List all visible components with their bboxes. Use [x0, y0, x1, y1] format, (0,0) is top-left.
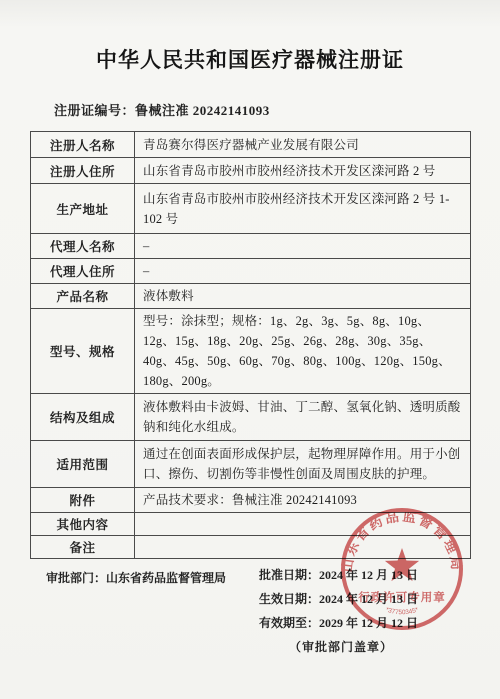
row-value: 山东省青岛市胶州市胶州经济技术开发区滦河路 2 号: [135, 158, 471, 184]
expiry-date-value: 2029 年 12 月 12 日: [319, 616, 418, 630]
expiry-date-line: 有效期至：2029 年 12 月 12 日: [259, 614, 471, 631]
effective-date-line: 生效日期：2024 年 12 月 13 日: [259, 590, 471, 607]
row-value: [135, 536, 471, 559]
certificate-page: 中华人民共和国医疗器械注册证 注册证编号：鲁械注准 20242141093 注册…: [0, 0, 500, 699]
row-value: 型号：涂抹型；规格：1g、2g、3g、5g、8g、10g、12g、15g、18g…: [135, 309, 471, 394]
certificate-table: 注册人名称 青岛赛尔得医疗器械产业发展有限公司 注册人住所 山东省青岛市胶州市胶…: [30, 131, 471, 559]
row-label: 其他内容: [31, 513, 135, 536]
row-label: 产品名称: [31, 284, 135, 309]
row-label: 附件: [31, 488, 135, 513]
approval-date-label: 批准日期：: [259, 568, 319, 582]
row-label: 生产地址: [31, 184, 135, 234]
effective-date-label: 生效日期：: [259, 592, 319, 606]
row-label: 适用范围: [31, 441, 135, 488]
expiry-date-label: 有效期至：: [259, 616, 319, 630]
approval-department-value: 山东省药品监督管理局: [106, 571, 226, 585]
row-value: 青岛赛尔得医疗器械产业发展有限公司: [135, 132, 471, 158]
table-row-scope-of-use: 适用范围 通过在创面表面形成保护层，起物理屏障作用。用于小创口、擦伤、切割伤等非…: [31, 441, 471, 488]
row-value: –: [135, 259, 471, 284]
registration-number-line: 注册证编号：鲁械注准 20242141093: [54, 100, 500, 119]
table-row-production-address: 生产地址 山东省青岛市胶州市胶州经济技术开发区滦河路 2 号 1-102 号: [31, 184, 471, 234]
row-value: [135, 513, 471, 536]
table-row-model-spec: 型号、规格 型号：涂抹型；规格：1g、2g、3g、5g、8g、10g、12g、1…: [31, 309, 471, 394]
table-row-product-name: 产品名称 液体敷料: [31, 284, 471, 309]
certificate-footer: 审批部门：山东省药品监督管理局 批准日期：2024 年 12 月 13 日 生效…: [30, 566, 471, 662]
effective-date-value: 2024 年 12 月 13 日: [319, 592, 418, 606]
row-label: 代理人名称: [31, 234, 135, 259]
certificate-title: 中华人民共和国医疗器械注册证: [0, 0, 500, 74]
seal-note: （审批部门盖章）: [259, 638, 471, 655]
row-value: –: [135, 234, 471, 259]
row-label: 型号、规格: [31, 309, 135, 394]
row-value: 产品技术要求：鲁械注准 20242141093: [135, 488, 471, 513]
table-row-agent-address: 代理人住所 –: [31, 259, 471, 284]
row-value: 通过在创面表面形成保护层，起物理屏障作用。用于小创口、擦伤、切割伤等非慢性创面及…: [135, 441, 471, 488]
row-value: 液体敷料由卡波姆、甘油、丁二醇、氢氧化钠、透明质酸钠和纯化水组成。: [135, 394, 471, 441]
approval-department-label: 审批部门：: [46, 571, 106, 585]
table-row-remarks: 备注: [31, 536, 471, 559]
registration-number-label: 注册证编号：: [54, 103, 135, 118]
row-label: 注册人名称: [31, 132, 135, 158]
row-label: 代理人住所: [31, 259, 135, 284]
row-value: 山东省青岛市胶州市胶州经济技术开发区滦河路 2 号 1-102 号: [135, 184, 471, 234]
row-value: 液体敷料: [135, 284, 471, 309]
table-row-structure-composition: 结构及组成 液体敷料由卡波姆、甘油、丁二醇、氢氧化钠、透明质酸钠和纯化水组成。: [31, 394, 471, 441]
table-row-registrant-name: 注册人名称 青岛赛尔得医疗器械产业发展有限公司: [31, 132, 471, 158]
approval-department-line: 审批部门：山东省药品监督管理局: [30, 566, 226, 662]
date-block: 批准日期：2024 年 12 月 13 日 生效日期：2024 年 12 月 1…: [259, 566, 471, 662]
table-row-registrant-address: 注册人住所 山东省青岛市胶州市胶州经济技术开发区滦河路 2 号: [31, 158, 471, 184]
table-row-attachment: 附件 产品技术要求：鲁械注准 20242141093: [31, 488, 471, 513]
table-row-other-content: 其他内容: [31, 513, 471, 536]
row-label: 备注: [31, 536, 135, 559]
row-label: 结构及组成: [31, 394, 135, 441]
approval-date-line: 批准日期：2024 年 12 月 13 日: [259, 566, 471, 583]
registration-number-value: 鲁械注准 20242141093: [135, 103, 270, 118]
table-row-agent-name: 代理人名称 –: [31, 234, 471, 259]
approval-date-value: 2024 年 12 月 13 日: [319, 568, 418, 582]
row-label: 注册人住所: [31, 158, 135, 184]
